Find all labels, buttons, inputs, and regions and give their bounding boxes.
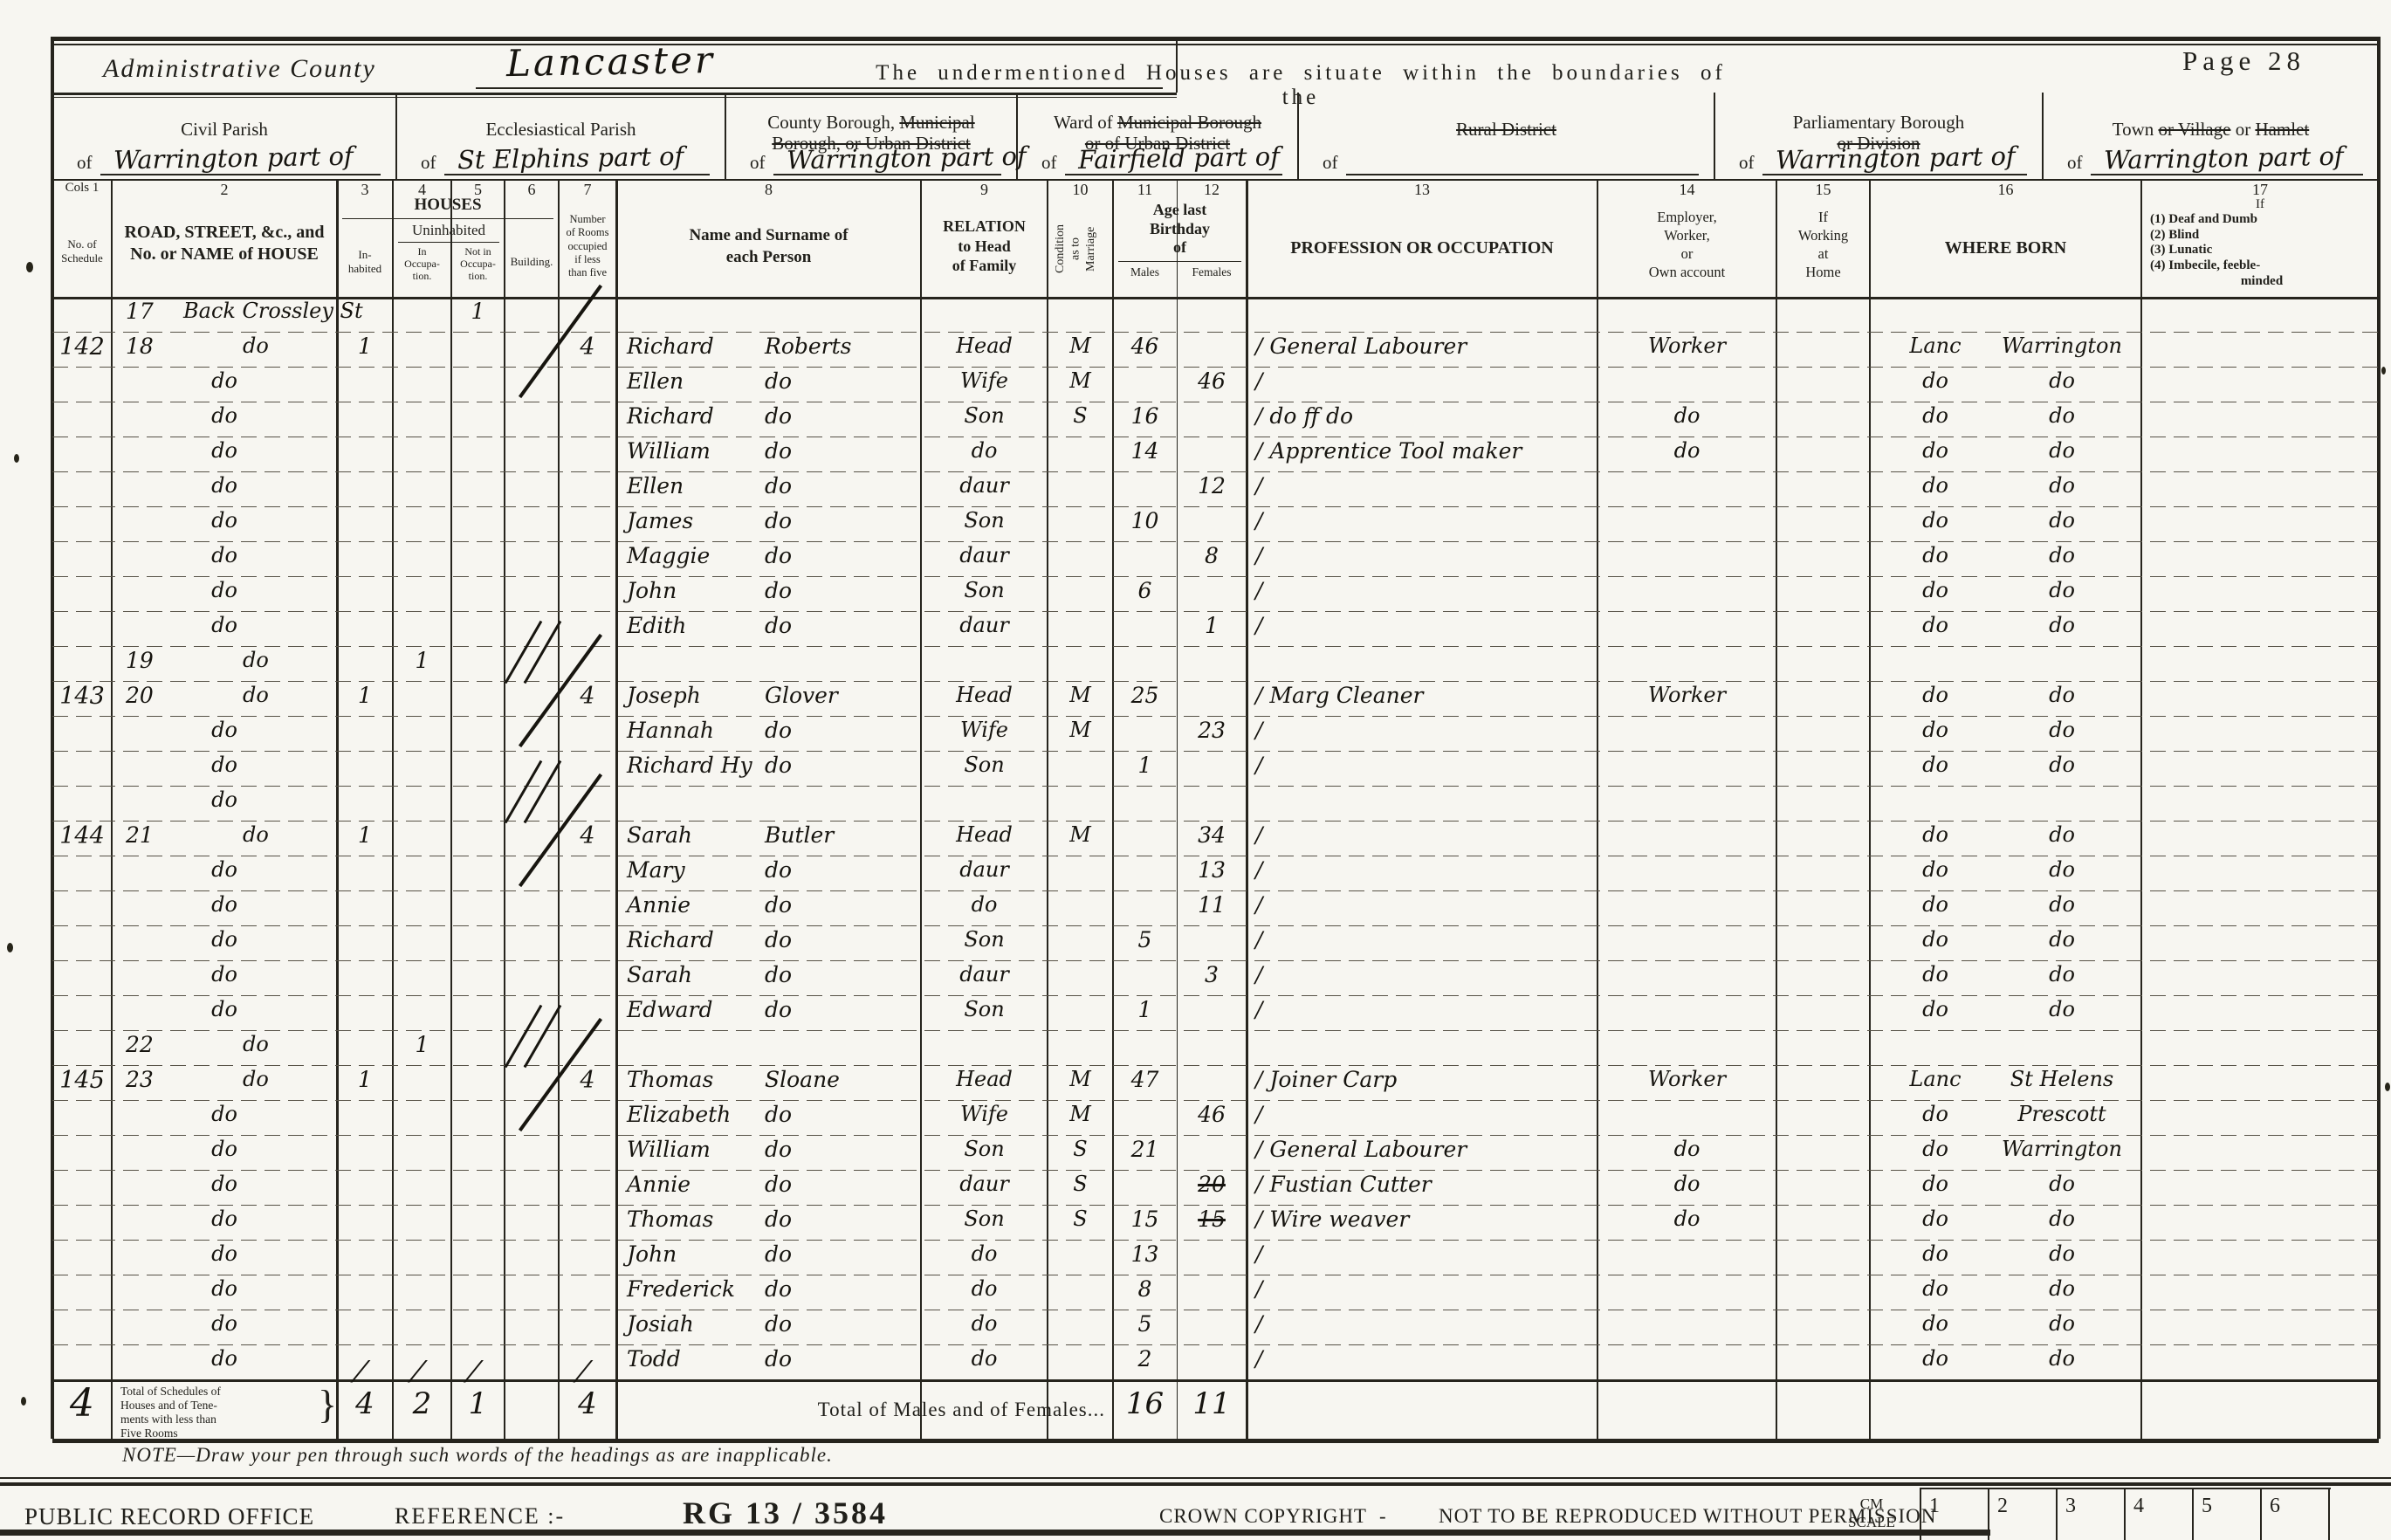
born-county-cell: do [1887,1346,1983,1371]
rooms-cell: 4 [559,822,616,849]
relation-cell: Wife [921,1102,1048,1126]
name-cell: Ellen [627,473,684,498]
born-place-cell: do [1983,997,2140,1021]
ruler-cell: 6 [2270,1495,2326,1518]
occupation-cell: / Marg Cleaner [1255,683,1423,708]
born-county-cell: Lanc [1887,333,1983,358]
column-line [558,179,560,1439]
employer-cell: Worker [1597,683,1776,707]
road-cell: do [243,333,269,358]
row-line [52,1170,2379,1171]
row-line [52,437,2379,437]
road-cell: do [243,1067,269,1091]
age-underline [1118,261,1241,262]
note-line: NOTE—Draw your pen through such words of… [122,1444,833,1467]
col-number: 2 [113,181,335,199]
age-female-cell: 46 [1177,368,1247,394]
born-county-cell: do [1887,613,1983,637]
born-place-cell: do [1983,438,2140,463]
road-number: 20 [126,683,154,708]
houses-underline [342,218,553,219]
totals-in-occupation: 2 [393,1386,451,1421]
age-female-cell: 8 [1177,543,1247,568]
ruler-cell: 4 [2133,1495,2189,1518]
row-line [52,1065,2379,1066]
col-number: 8 [618,181,919,199]
col-number: 11 [1115,181,1175,199]
name-ditto: do [765,962,792,987]
relation-cell: do [921,1311,1048,1336]
row-line [52,1310,2379,1310]
name-ditto: do [765,1102,792,1127]
col-number: 7 [560,181,615,199]
ruler-cell-line [1988,1488,1989,1540]
employer-cell: do [1597,1137,1776,1161]
cm-scale-label: CMSCALE [1831,1495,1912,1532]
census-sheet: Page 28 Administrative County Lancaster … [0,0,2391,1540]
name-ditto: Butler [765,822,834,848]
relation-cell: Son [921,753,1048,777]
name-ditto: Roberts [765,333,852,359]
age-male-cell: 47 [1113,1067,1177,1092]
col-header-infirmities: (1) Deaf and Dumb(2) Blind(3) Lunatic(4)… [2150,212,2374,289]
col-number: 14 [1599,181,1775,199]
name-cell: Edith [627,613,686,638]
relation-cell: Son [921,403,1048,428]
road-cell: Back Crossley St [183,299,363,323]
born-county-cell: do [1887,473,1983,498]
road-cell: do [112,613,337,637]
road-cell: do [112,927,337,952]
age-female-cell: 46 [1177,1102,1247,1127]
area-value: Warrington part of [787,141,1027,175]
relation-cell: do [921,1276,1048,1301]
name-ditto: do [765,543,792,568]
age-male-cell: 13 [1113,1241,1177,1267]
area-separator [395,93,397,179]
born-place-cell: do [1983,1241,2140,1266]
condition-cell: M [1048,368,1113,393]
road-cell: do [243,683,269,707]
age-male-cell: 21 [1113,1137,1177,1162]
col-header-name: Name and Surname ofeach Person [620,225,917,268]
area-value: St Elphins part of [457,141,684,175]
name-ditto: do [765,403,792,429]
occupation-cell: / [1255,368,1262,394]
born-county-cell: do [1887,368,1983,393]
name-ditto: do [765,892,792,918]
relation-cell: do [921,1346,1048,1371]
scan-speckle [7,943,13,952]
column-line [450,179,452,1439]
born-place-cell: do [1983,613,2140,637]
column-line [1776,179,1777,1439]
area-of-label: of [750,152,766,174]
area-label: Rural District [1303,119,1709,140]
rooms-cell: 4 [559,1067,616,1094]
born-place-cell: do [1983,508,2140,533]
occupation-cell: / [1255,927,1262,952]
col-header-profession: PROFESSION OR OCCUPATION [1250,237,1594,258]
born-county-cell: do [1887,543,1983,567]
age-male-cell: 5 [1113,1311,1177,1337]
road-cell: do [243,1032,269,1056]
name-cell: Ellen [627,368,684,394]
born-place-cell: do [1983,822,2140,847]
col-header-building: Building. [505,255,559,269]
area-separator [1297,93,1299,179]
born-county-cell: do [1887,1276,1983,1301]
area-label: Town or Village or Hamlet [2048,119,2374,140]
col-header-rooms: Numberof Roomsoccupiedif lessthan five [562,213,613,279]
occupation-cell: / [1255,613,1262,638]
pen-check: ⁄ [416,1355,421,1390]
occupation-cell: / [1255,1346,1262,1372]
ruler-cell-line [2056,1488,2058,1540]
rooms-cell: 4 [559,333,616,361]
area-value-underline [100,174,381,175]
row-line [52,611,2379,612]
in-occupation-cell: 1 [393,1032,451,1057]
ruler-cell: 2 [1997,1495,2053,1518]
row-line [52,925,2379,926]
condition-cell: M [1048,822,1113,847]
name-ditto: do [765,613,792,638]
row-line [52,367,2379,368]
age-male-cell: 14 [1113,438,1177,464]
row-line [52,960,2379,961]
row-line [52,506,2379,507]
relation-cell: Head [921,333,1048,358]
age-female-cell: 23 [1177,718,1247,743]
age-male-cell: 15 [1113,1207,1177,1232]
born-county-cell: do [1887,822,1983,847]
born-place-cell: do [1983,927,2140,952]
area-of-label: of [421,152,436,174]
condition-cell: S [1048,1137,1113,1161]
area-value-underline [773,174,1001,175]
row-line [52,1344,2379,1345]
born-place-cell: do [1983,753,2140,777]
occupation-cell: / [1255,753,1262,778]
area-of-label: of [1041,152,1057,174]
relation-cell: do [921,892,1048,917]
uninhabited-underline [398,242,499,243]
row-line [52,1205,2379,1206]
relation-cell: Head [921,683,1048,707]
area-label: Ecclesiastical Parish [402,119,720,140]
name-cell: Richard Hy [627,753,752,778]
relation-cell: daur [921,857,1048,882]
road-cell: do [112,1346,337,1371]
road-cell: do [112,1137,337,1161]
name-cell: Edward [627,997,713,1022]
age-female-cell: 34 [1177,822,1247,848]
bottom-edge-line [0,1530,1990,1536]
relation-cell: Son [921,1207,1048,1231]
born-place-cell: Warrington [1983,1137,2140,1161]
area-of-label: of [1323,152,1338,174]
ruler-cell: 5 [2202,1495,2257,1518]
totals-females: 11 [1177,1386,1247,1421]
name-cell: Hannah [627,718,714,743]
pro-office-label: PUBLIC RECORD OFFICE [24,1503,314,1530]
name-cell: Todd [627,1346,681,1372]
relation-cell: Son [921,997,1048,1021]
born-county-cell: do [1887,927,1983,952]
road-cell: do [112,892,337,917]
road-cell: do [112,1311,337,1336]
age-female-cell: 20 [1177,1172,1247,1197]
relation-cell: Wife [921,368,1048,393]
scan-speckle [14,454,19,463]
born-place-cell: do [1983,543,2140,567]
born-place-cell: do [1983,368,2140,393]
road-number: 23 [126,1067,154,1092]
column-line [392,179,394,1439]
row-line [52,1135,2379,1136]
col-header-whereborn: WHERE BORN [1873,237,2138,258]
age-male-cell: 1 [1113,997,1177,1022]
name-cell: Richard [627,333,714,359]
road-cell: do [243,822,269,847]
name-cell: Joseph [627,683,701,708]
name-cell: William [627,438,711,464]
occupation-cell: / [1255,1241,1262,1267]
totals-not-in-occupation: 1 [451,1386,505,1421]
occupation-cell: / [1255,473,1262,498]
column-line [1597,179,1598,1439]
occupation-cell: / Apprentice Tool maker [1255,438,1522,464]
name-cell: John [627,1241,677,1267]
condition-cell: S [1048,1172,1113,1196]
relation-cell: daur [921,613,1048,637]
col-header-home: IfWorkingatHome [1780,208,1866,281]
name-cell: Thomas [627,1207,713,1232]
column-line [504,179,505,1439]
born-place-cell: do [1983,683,2140,707]
pen-slash [524,760,562,824]
totals-males-label: Total of Males and of Females... [616,1399,1105,1421]
row-line [52,402,2379,402]
col-header-schedule: No. ofSchedule [56,237,108,265]
totals-top-rule [52,1379,2379,1382]
col-number: 12 [1178,181,1245,199]
name-ditto: do [765,578,792,603]
name-ditto: do [765,1346,792,1372]
occupation-cell: / [1255,578,1262,603]
area-label: Civil Parish [58,119,391,140]
row-line [52,646,2379,647]
schedule-cell: 144 [52,822,112,849]
admin-county-underline [476,87,1163,89]
totals-inhabited: 4 [337,1386,393,1421]
area-value-underline [2091,174,2363,175]
name-cell: John [627,578,677,603]
row-line [52,751,2379,752]
age-male-cell: 25 [1113,683,1177,708]
name-ditto: do [765,368,792,394]
footer-top-rule2 [0,1482,2391,1486]
col-header-males: Males [1113,265,1177,279]
road-number: 22 [126,1032,154,1057]
age-male-cell: 10 [1113,508,1177,533]
occupation-cell: / Joiner Carp [1255,1067,1397,1092]
name-cell: Mary [627,857,685,883]
row-line [52,1275,2379,1275]
born-county-cell: do [1887,962,1983,987]
ruler-cell-line [2328,1488,2330,1540]
road-number: 19 [126,648,154,673]
area-separator [1714,93,1715,179]
age-female-cell: 15 [1177,1207,1247,1232]
road-cell: do [112,438,337,463]
name-cell: Sarah [627,822,692,848]
age-female-cell: 3 [1177,962,1247,987]
road-cell: do [112,543,337,567]
born-place-cell: do [1983,962,2140,987]
occupation-cell: / [1255,892,1262,918]
born-place-cell: do [1983,1276,2140,1301]
totals-rooms: 4 [559,1386,616,1421]
row-line [52,332,2379,333]
occupation-cell: / [1255,508,1262,533]
born-place-cell: do [1983,1346,2140,1371]
employer-cell: do [1597,438,1776,463]
column-line [2140,179,2142,1439]
houses-group-title: HOUSES [337,196,559,215]
col-header-infirm-if: If [2141,197,2379,212]
area-of-label: of [1739,152,1755,174]
col-header-employer: Employer,Worker,orOwn account [1601,208,1773,281]
age-male-cell: 5 [1113,927,1177,952]
row-line [52,716,2379,717]
relation-cell: Son [921,1137,1048,1161]
road-cell: do [112,508,337,533]
born-place-cell: Warrington [1983,333,2140,358]
condition-cell: M [1048,333,1113,358]
road-cell: do [112,718,337,742]
born-place-cell: do [1983,1172,2140,1196]
occupation-cell: / [1255,857,1262,883]
born-county-cell: Lanc [1887,1067,1983,1091]
totals-schedule: 4 [52,1381,112,1426]
pen-slash [524,1005,562,1069]
table-top-border-inner [52,44,2379,45]
road-cell: do [112,1172,337,1196]
area-value: Warrington part of [2104,141,2344,175]
age-female-cell: 1 [1177,613,1247,638]
table-top-border [52,37,2379,41]
name-cell: William [627,1137,711,1162]
schedule-cell: 143 [52,683,112,710]
relation-cell: Wife [921,718,1048,742]
employer-cell: Worker [1597,333,1776,358]
occupation-cell: / [1255,962,1262,987]
row-line [52,995,2379,996]
ruler-cell-line [2192,1488,2194,1540]
relation-cell: daur [921,473,1048,498]
reference-value: RG 13 / 3584 [683,1495,888,1531]
name-cell: Annie [627,1172,691,1197]
born-place-cell: Prescott [1983,1102,2140,1126]
col-number: 15 [1778,181,1868,199]
born-county-cell: do [1887,403,1983,428]
born-county-cell: do [1887,438,1983,463]
road-cell: do [112,1276,337,1301]
relation-cell: Son [921,927,1048,952]
age-female-cell: 12 [1177,473,1247,498]
area-value: Fairfield part of [1078,141,1280,175]
col-header-females: Females [1177,265,1247,279]
col-number: 13 [1248,181,1596,199]
road-cell: do [112,403,337,428]
row-line [52,681,2379,682]
name-ditto: do [765,857,792,883]
row-line [52,1100,2379,1101]
road-number: 18 [126,333,154,359]
area-value-underline [1346,174,1699,175]
sheet-body: Civil ParishofWarrington part ofEcclesia… [0,0,2391,1540]
road-cell: do [243,648,269,672]
age-male-cell: 8 [1113,1276,1177,1302]
name-ditto: do [765,1137,792,1162]
scan-speckle [26,262,33,272]
col-number: 9 [923,181,1046,199]
road-cell: do [112,787,337,812]
born-county-cell: do [1887,508,1983,533]
area-value-underline [1065,174,1282,175]
col-header-not-in-occupation: Not inOccupa-tion. [455,246,501,282]
pen-slash [505,760,543,824]
pen-slash [505,1005,543,1069]
occupation-cell: / Wire weaver [1255,1207,1409,1232]
ruler-cell-line [2260,1488,2262,1540]
born-county-cell: do [1887,683,1983,707]
name-ditto: do [765,1311,792,1337]
col-header-age: Age lastBirthdayof [1116,201,1243,258]
road-cell: do [112,1241,337,1266]
occupation-cell: / General Labourer [1255,1137,1467,1162]
born-place-cell: do [1983,473,2140,498]
occupation-cell: / Fustian Cutter [1255,1172,1432,1197]
name-ditto: do [765,438,792,464]
born-county-cell: do [1887,892,1983,917]
road-cell: do [112,473,337,498]
row-line [52,890,2379,891]
born-county-cell: do [1887,578,1983,602]
row-line [52,541,2379,542]
name-cell: Josiah [627,1311,694,1337]
pen-check: ⁄ [471,1355,477,1390]
born-county-cell: do [1887,718,1983,742]
name-ditto: do [765,718,792,743]
relation-cell: do [921,438,1048,463]
born-county-cell: do [1887,753,1983,777]
pen-slash [505,621,543,684]
condition-cell: S [1048,403,1113,428]
name-cell: Sarah [627,962,692,987]
name-ditto: do [765,1172,792,1197]
occupation-cell: / [1255,543,1262,568]
name-cell: Annie [627,892,691,918]
employer-cell: do [1597,403,1776,428]
condition-cell: M [1048,718,1113,742]
born-place-cell: do [1983,403,2140,428]
scan-speckle [21,1397,26,1406]
name-ditto: Glover [765,683,838,708]
ruler-cell: 3 [2065,1495,2121,1518]
